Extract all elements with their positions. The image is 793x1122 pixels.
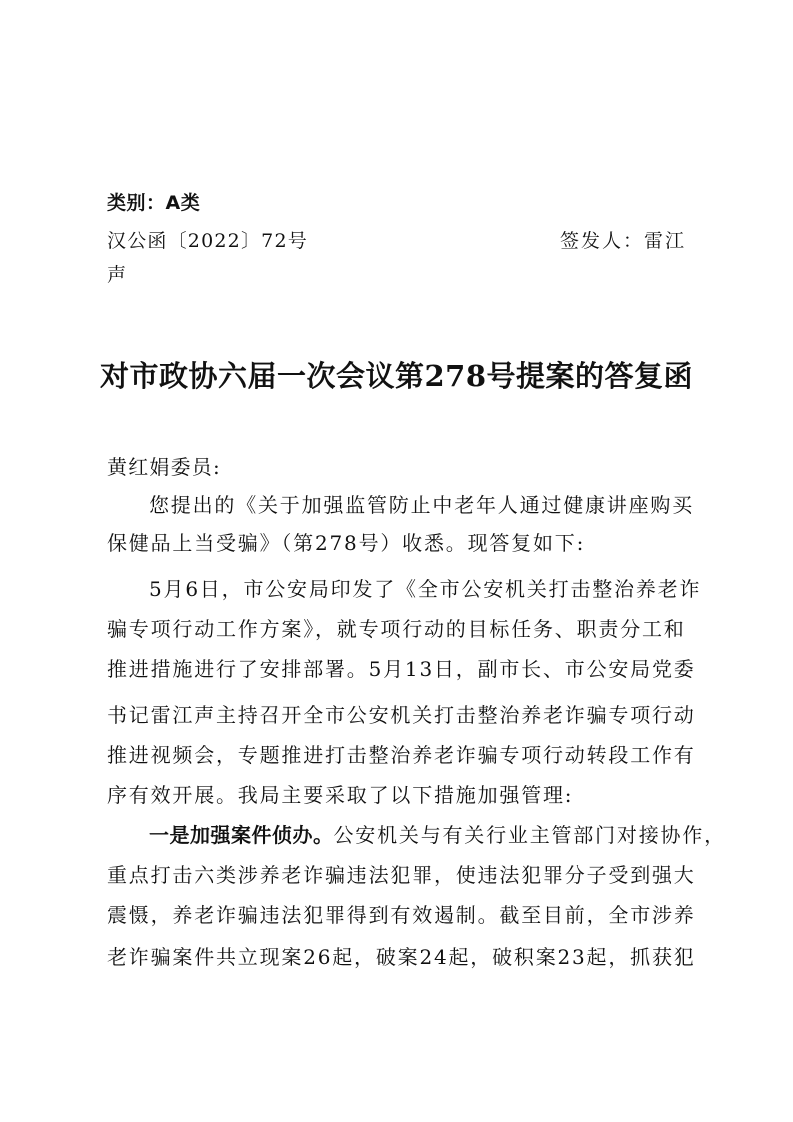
document-title: 对市政协六届一次会议第278号提案的答复函 bbox=[0, 358, 793, 394]
paragraph-3-line-1-text: 公安机关与有关行业主管部门对接协作， bbox=[334, 823, 726, 847]
signer-label: 签发人：雷江 bbox=[560, 229, 686, 253]
salutation: 黄红娟委员: bbox=[107, 455, 707, 479]
paragraph-2-line-3: 推进措施进行了安排部署。5月13日，副市长、市公安局党委 bbox=[107, 657, 707, 681]
paragraph-1-line-2: 保健品上当受骗》（第278号）收悉。现答复如下: bbox=[107, 531, 707, 555]
paragraph-3-line-3: 震慑，养老诈骗违法犯罪得到有效遏制。截至目前，全市涉养 bbox=[107, 903, 707, 927]
paragraph-2-line-6: 序有效开展。我局主要采取了以下措施加强管理: bbox=[107, 783, 707, 807]
document-category: 类别：A类 bbox=[107, 191, 707, 215]
paragraph-1-line-1: 您提出的《关于加强监管防止中老年人通过健康讲座购买 bbox=[149, 493, 709, 517]
paragraph-3-line-1: 一是加强案件侦办。公安机关与有关行业主管部门对接协作， bbox=[149, 823, 709, 847]
paragraph-2-line-2: 骗专项行动工作方案》，就专项行动的目标任务、职责分工和 bbox=[107, 617, 707, 641]
paragraph-3-line-2: 重点打击六类涉养老诈骗违法犯罪，使违法犯罪分子受到强大 bbox=[107, 863, 707, 887]
paragraph-3-line-4: 老诈骗案件共立现案26起，破案24起，破积案23起，抓获犯 bbox=[107, 945, 707, 969]
paragraph-3-lead: 一是加强案件侦办。 bbox=[149, 823, 334, 847]
document-page: 类别：A类 汉公函〔2022〕72号 签发人：雷江 声 对市政协六届一次会议第2… bbox=[0, 0, 793, 1122]
signer-name-continuation: 声 bbox=[107, 263, 707, 287]
paragraph-2-line-5: 推进视频会，专题推进打击整治养老诈骗专项行动转段工作有 bbox=[107, 743, 707, 767]
paragraph-2-line-1: 5月6日，市公安局印发了《全市公安机关打击整治养老诈 bbox=[149, 577, 709, 601]
paragraph-2-line-4: 书记雷江声主持召开全市公安机关打击整治养老诈骗专项行动 bbox=[107, 703, 707, 727]
